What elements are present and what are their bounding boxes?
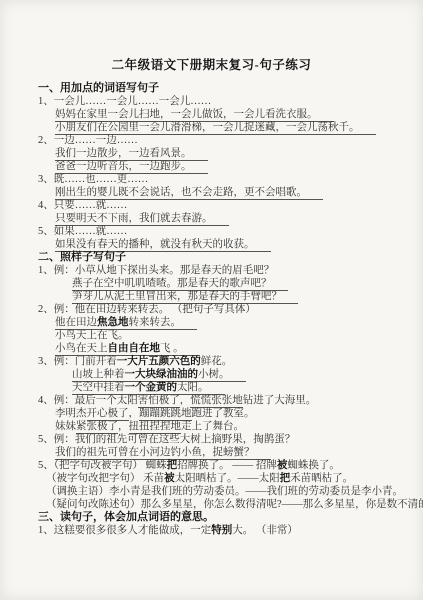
text-segment: 如果没有春天的播种，就没有秋天的收获。 [55, 239, 255, 250]
text-segment: 4、例：最后一个太阳 [38, 395, 138, 406]
emphasized-word: 被 [164, 473, 175, 484]
text-segment: 2、例：他在田边转来转去。 （把句子写具体） [38, 304, 256, 315]
text-segment: ， [180, 395, 191, 406]
text-segment: 走上了舞台。 [181, 421, 244, 432]
text-segment: 钻进了大海里。 [243, 395, 317, 406]
worksheet-page: 二年级语文下册期末复习-句子练习 一、用加点的词语写句子1、一会儿……一会儿……… [0, 0, 423, 600]
text-segment: 太阳。 [177, 382, 209, 393]
text-segment: 小树。 [198, 369, 230, 380]
line-text: 1、这糕要很多很多人才能做成，一定特别大。 （非常） [38, 525, 298, 536]
item-1-3-answer-1: 刚出生的婴儿既不会说话，也不会走路，更不会唱歌。 [55, 186, 411, 199]
emphasized-word: 自由自在地 [108, 343, 161, 354]
line-text: 5、例：我们的祖先可曾在这些大树上摘野果，掏鹊蛋？ [38, 434, 295, 445]
text-segment: （疑问句改陈述句）那么多星星，你怎么数得清呢?——那么多星星，你是数不清的。 [46, 499, 423, 510]
text-segment: 我们的祖先可曾在小河边钓小鱼，捉螃蟹？ [55, 447, 255, 458]
text-segment: 刚出生的婴儿既不会说话，也不会走路，更不会唱歌。 [55, 187, 307, 198]
line-text: 三、读句子，体会加点词语的意思。 [38, 511, 214, 523]
text-segment: （调换主语）李小青是我们班的劳动委员。——我们班的劳动委员是李小青。 [46, 486, 403, 497]
text-segment: 5、（把字句改被字句） 蜘蛛 [38, 460, 167, 471]
item-2-6-line-3: （调换主语）李小青是我们班的劳动委员。——我们班的劳动委员是李小青。 [46, 485, 411, 498]
emphasized-word: 一大片五颜六色的 [117, 356, 201, 367]
line-text: 2、例：他在田边转来转去。 （把句子写具体） [38, 304, 256, 315]
text-segment: 小鸟在天上 [55, 343, 108, 354]
item-2-4-answer-2: 妹妹紧张极了，扭扭捏捏地走上了舞台。 [55, 420, 411, 433]
text-segment: 我们一边散步，一边看风景。 [55, 148, 192, 159]
line-text: 二、照样子写句子 [38, 251, 126, 263]
text-segment: 山坡上种着 [72, 369, 125, 380]
line-text: 小鸟天上在飞。 [55, 330, 129, 341]
text-segment: 5、如果……就…… [38, 226, 127, 237]
emphasized-word: 被 [277, 460, 288, 471]
text-segment: ， [118, 421, 129, 432]
item-2-4-example: 4、例：最后一个太阳害怕极了，慌慌张张地钻进了大海里。 [38, 394, 411, 407]
item-1-5-answer-1: 如果没有春天的播种，就没有秋天的收获。 [55, 238, 411, 251]
emphasized-word: 一大块绿油油的 [125, 369, 199, 380]
line-text: （调换主语）李小青是我们班的劳动委员。——我们班的劳动委员是李小青。 [46, 486, 403, 497]
item-1-4-answer-1: 只要明天不下雨，我们就去春游。 [55, 212, 411, 225]
text-segment: 转来转去。 [129, 317, 182, 328]
item-2-6-line-4: （疑问句改陈述句）那么多星星，你怎么数得清呢?——那么多星星，你是数不清的。 [46, 498, 411, 511]
item-3-1: 1、这糕要很多很多人才能做成，一定特别大。 （非常） [38, 524, 411, 537]
item-2-2-answer-1: 他在田边焦急地转来转去。 [55, 316, 411, 329]
line-text: 5、如果……就…… [38, 226, 127, 237]
text-segment: 他在田边 [55, 317, 97, 328]
item-2-1-answer-2: 笋芽儿从泥土里冒出来，那是春天的手臂吧？ [72, 290, 411, 303]
line-text: 3、既……也……更…… [38, 174, 148, 185]
text-segment: 燕子在空中叽叽喳喳。那是春天的歌声吧？ [72, 278, 272, 289]
text-segment: 3、既……也……更…… [38, 174, 148, 185]
text-segment: 笋芽儿从泥土里冒出来，那是春天的手臂吧？ [72, 291, 282, 302]
item-2-5-answer-1: 我们的祖先可曾在小河边钓小鱼，捉螃蟹？ [55, 446, 411, 459]
emphasized-word: 一个金黄的 [125, 382, 178, 393]
text-segment: 小朋友们在公园里一会儿滑滑梯，一会儿捉迷藏，一会儿荡秋千。 [55, 122, 360, 133]
item-2-6-line-2: （被字句改把字句） 禾苗被太阳晒枯了。——太阳把禾苗晒枯了。 [46, 472, 411, 485]
emphasized-word: 焦急地 [97, 317, 129, 328]
text-segment: 招牌换了。 —— 招牌 [177, 460, 277, 471]
text-segment: 2、一边……一边…… [38, 135, 138, 146]
section-1-heading: 一、用加点的词语写句子 [38, 82, 411, 95]
text-segment: 5、例：我们的祖先可曾在这些大树上摘野果，掏鹊蛋？ [38, 434, 295, 445]
text-segment: 1、一会儿……一会儿……一会儿…… [38, 96, 211, 107]
item-1-2-answer-2: 爸爸一边听音乐，一边跑步。 [55, 160, 411, 173]
text-segment: 3、例：门前开着 [38, 356, 117, 367]
item-2-2-prompt-2: 小鸟天上在飞。 [55, 329, 411, 342]
line-text: 5、（把字句改被字句） 蜘蛛把招牌换了。 —— 招牌被蜘蛛换了。 [38, 460, 340, 471]
text-segment: 李明杰 [55, 408, 87, 419]
emphasized-word: 特别 [211, 525, 232, 536]
item-2-3-example: 3、例：门前开着一大片五颜六色的鲜花。 [38, 355, 411, 368]
item-2-3-answer-1: 山坡上种着一大块绿油油的小树。 [72, 368, 411, 381]
section-3-heading: 三、读句子，体会加点词语的意思。 [38, 511, 411, 524]
text-segment: （被字句改把字句） 禾苗 [46, 473, 164, 484]
item-2-1-example: 1、例：小草从地下探出头来。那是春天的眉毛吧？ [38, 264, 411, 277]
text-segment: 跑进了教室。 [192, 408, 255, 419]
emphasized-word: 把 [280, 473, 291, 484]
text-segment: 1、例：小草从地下探出头来。那是春天的眉毛吧？ [38, 265, 274, 276]
item-2-5-example: 5、例：我们的祖先可曾在这些大树上摘野果，掏鹊蛋？ [38, 433, 411, 446]
document-body: 一、用加点的词语写句子1、一会儿……一会儿……一会儿……妈妈在家里一会儿扫地，一… [0, 82, 423, 537]
text-segment: 太阳晒枯了。——太阳 [175, 473, 280, 484]
item-2-6-line-1: 5、（把字句改被字句） 蜘蛛把招牌换了。 —— 招牌被蜘蛛换了。 [38, 459, 411, 472]
item-2-4-answer-1: 李明杰开心极了，蹦蹦跳跳地跑进了教室。 [55, 407, 411, 420]
line-text: 2、一边……一边…… [38, 135, 138, 146]
text-segment: 三、读句子，体会加点词语的意思。 [38, 511, 214, 523]
section-2-heading: 二、照样子写句子 [38, 251, 411, 264]
line-text: 3、例：门前开着一大片五颜六色的鲜花。 [38, 356, 232, 367]
item-1-1-answer-1: 妈妈在家里一会儿扫地，一会儿做饭，一会儿看洗衣服。 [55, 108, 411, 121]
text-segment: 妈妈在家里一会儿扫地，一会儿做饭，一会儿看洗衣服。 [55, 109, 318, 120]
text-segment: ， [129, 408, 140, 419]
line-text: 1、一会儿……一会儿……一会儿…… [38, 96, 211, 107]
line-text: 1、例：小草从地下探出头来。那是春天的眉毛吧？ [38, 265, 274, 276]
item-2-1-answer-1: 燕子在空中叽叽喳喳。那是春天的歌声吧？ [72, 277, 411, 290]
page-title: 二年级语文下册期末复习-句子练习 [0, 55, 423, 73]
item-2-3-answer-2: 天空中挂着一个金黄的太阳。 [72, 381, 411, 394]
text-segment: 爸爸一边听音乐，一边跑步。 [55, 161, 192, 172]
text-segment: 1、这糕要很多很多人才能做成，一定 [38, 525, 211, 536]
text-segment: 大。 （非常） [232, 525, 298, 536]
item-2-2-answer-2: 小鸟在天上自由自在地飞 。 [55, 342, 411, 355]
text-segment: 蜘蛛换了。 [287, 460, 340, 471]
item-1-2-answer-1: 我们一边散步，一边看风景。 [55, 147, 411, 160]
text-segment: 二、照样子写句子 [38, 251, 126, 263]
text-segment: 妹妹 [55, 421, 76, 432]
text-segment: 天空中挂着 [72, 382, 125, 393]
text-segment: 飞 。 [160, 343, 184, 354]
text-segment: 小鸟天上在飞。 [55, 330, 129, 341]
text-segment: 禾苗晒枯了。 [290, 473, 353, 484]
text-segment: 鲜花。 [201, 356, 233, 367]
line-text: 4、只要……就…… [38, 200, 127, 211]
text-segment: 只要明天不下雨，我们就去春游。 [55, 213, 213, 224]
item-1-1-answer-2: 小朋友们在公园里一会儿滑滑梯，一会儿捉迷藏，一会儿荡秋千。 [55, 121, 411, 134]
item-1-3-prompt: 3、既……也……更…… [38, 173, 411, 186]
text-segment: 4、只要……就…… [38, 200, 127, 211]
line-text: 一、用加点的词语写句子 [38, 82, 159, 94]
line-text: （疑问句改陈述句）那么多星星，你怎么数得清呢?——那么多星星，你是数不清的。 [46, 499, 423, 510]
text-segment: 一、用加点的词语写句子 [38, 82, 159, 94]
line-text: （被字句改把字句） 禾苗被太阳晒枯了。——太阳把禾苗晒枯了。 [46, 473, 353, 484]
item-2-2-example: 2、例：他在田边转来转去。 （把句子写具体） [38, 303, 411, 316]
item-1-2-prompt: 2、一边……一边…… [38, 134, 411, 147]
item-1-4-prompt: 4、只要……就…… [38, 199, 411, 212]
emphasized-word: 把 [167, 460, 178, 471]
item-1-5-prompt: 5、如果……就…… [38, 225, 411, 238]
item-1-1-prompt: 1、一会儿……一会儿……一会儿…… [38, 95, 411, 108]
